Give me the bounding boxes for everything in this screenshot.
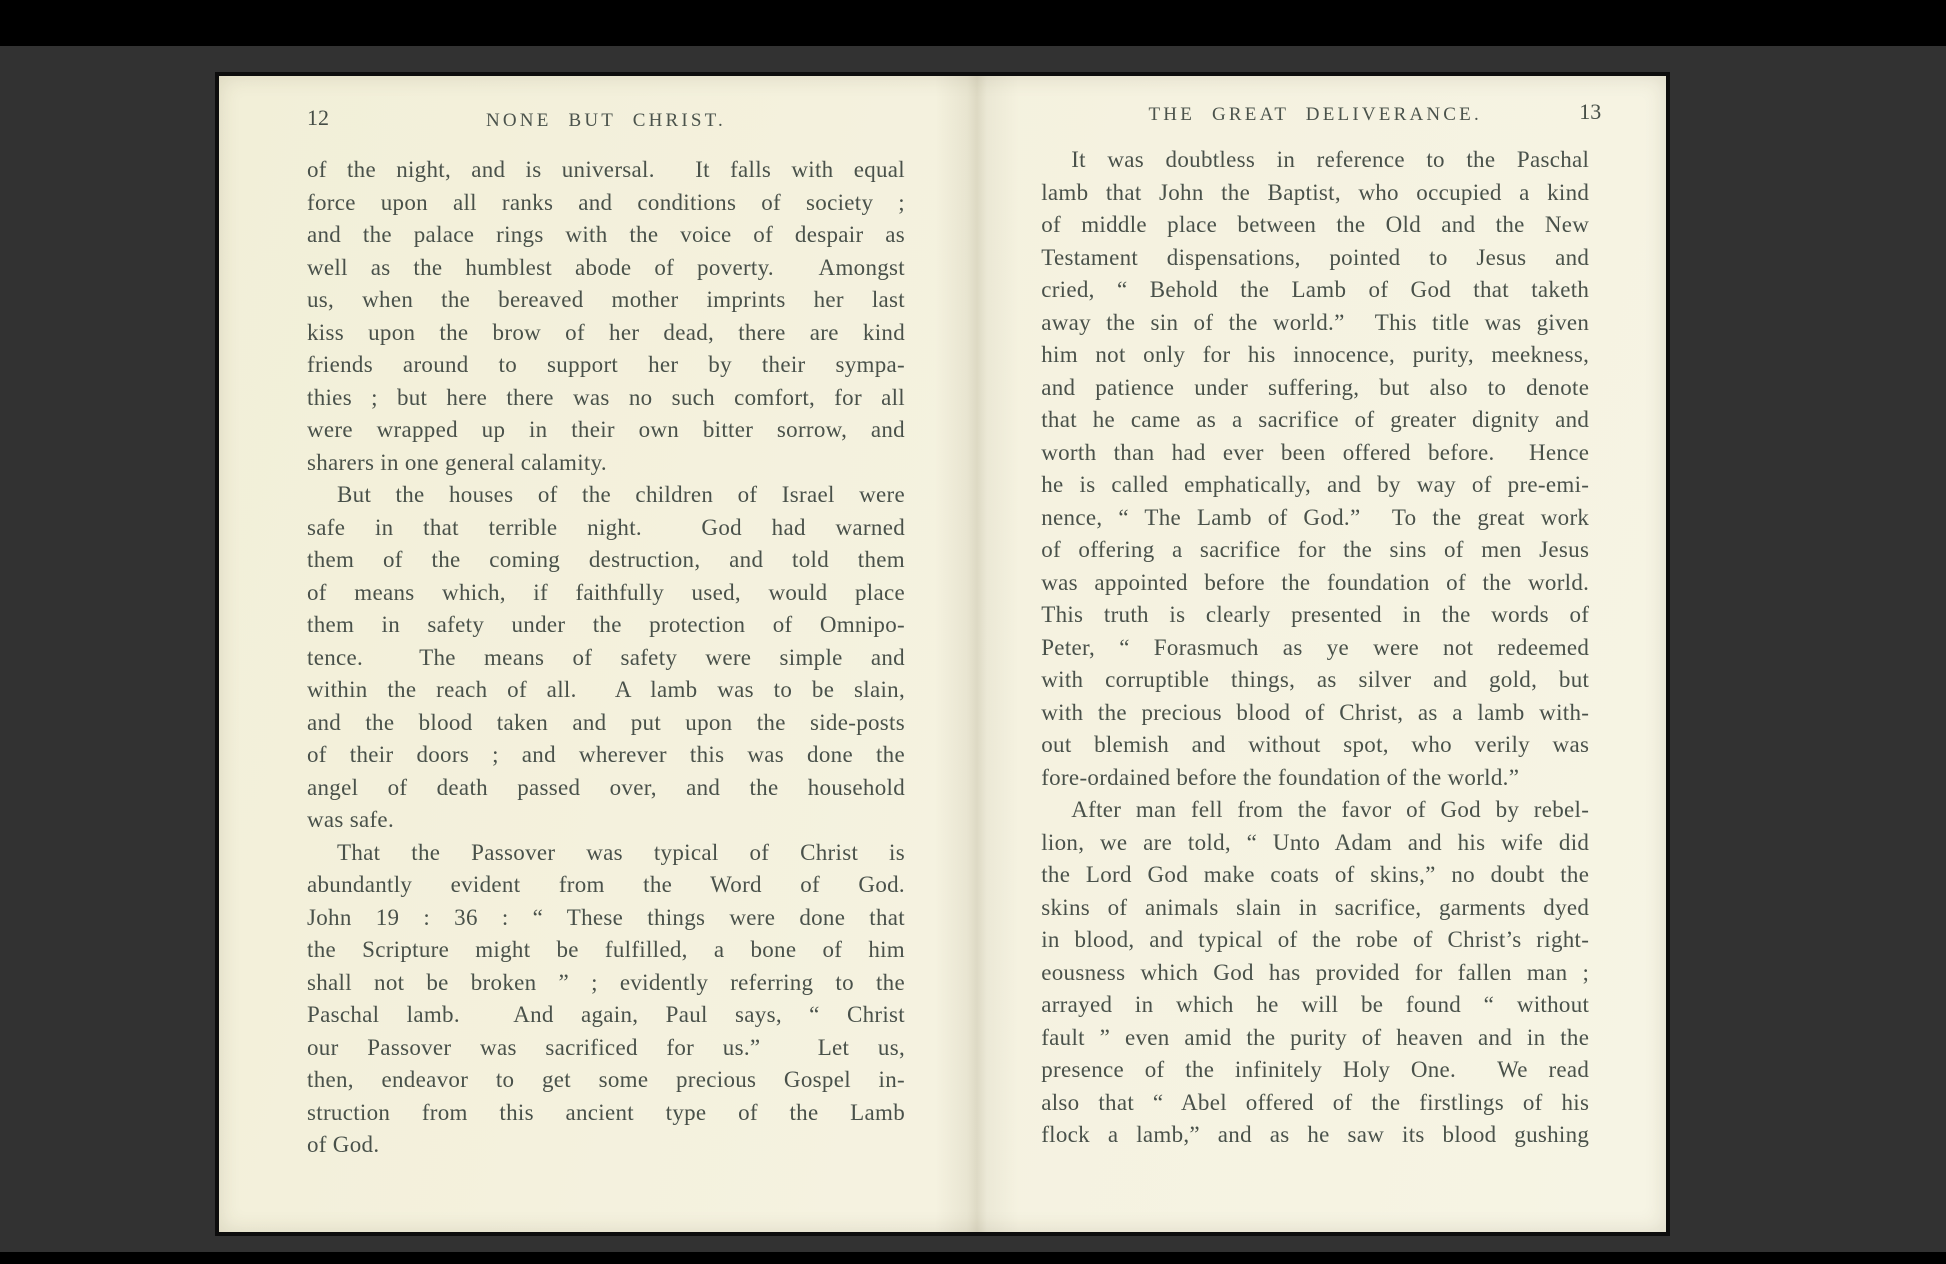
text-line: then, endeavor to get some precious Gosp… — [307, 1064, 905, 1097]
page-text-left: of the night, and is universal. It falls… — [307, 154, 905, 1162]
text-line: Paschal lamb. And again, Paul says, “ Ch… — [307, 999, 905, 1032]
text-line: them in safety under the protection of O… — [307, 609, 905, 642]
text-line: John 19 : 36 : “ These things were done … — [307, 902, 905, 935]
page-column-right: THE GREAT DELIVERANCE. 13 It was doubtle… — [1041, 102, 1589, 1152]
top-letterbox — [0, 0, 1946, 46]
book-spread: 12 NONE BUT CHRIST. of the night, and is… — [215, 72, 1670, 1236]
text-line: with corruptible things, as silver and g… — [1041, 664, 1589, 697]
text-line: sharers in one general calamity. — [307, 447, 905, 480]
text-line: was safe. — [307, 804, 905, 837]
text-line: of offering a sacrifice for the sins of … — [1041, 534, 1589, 567]
text-line: eousness which God has provided for fall… — [1041, 957, 1589, 990]
text-line: in blood, and typical of the robe of Chr… — [1041, 924, 1589, 957]
text-line: cried, “ Behold the Lamb of God that tak… — [1041, 274, 1589, 307]
text-line: presence of the infinitely Holy One. We … — [1041, 1054, 1589, 1087]
text-line: flock a lamb,” and as he saw its blood g… — [1041, 1119, 1589, 1152]
text-line: It was doubtless in reference to the Pas… — [1041, 144, 1589, 177]
text-line: abundantly evident from the Word of God. — [307, 869, 905, 902]
text-line: worth than had ever been offered before.… — [1041, 437, 1589, 470]
text-line: angel of death passed over, and the hous… — [307, 772, 905, 805]
page-column-left: 12 NONE BUT CHRIST. of the night, and is… — [307, 108, 905, 1162]
bottom-letterbox — [0, 1252, 1946, 1264]
text-line: skins of animals slain in sacrifice, gar… — [1041, 892, 1589, 925]
text-line: out blemish and without spot, who verily… — [1041, 729, 1589, 762]
book-page-left: 12 NONE BUT CHRIST. of the night, and is… — [219, 76, 977, 1232]
text-line: them of the coming destruction, and told… — [307, 544, 905, 577]
text-line: and the palace rings with the voice of d… — [307, 219, 905, 252]
running-head-left: NONE BUT CHRIST. — [307, 108, 905, 134]
text-line: nence, “ The Lamb of God.” To the great … — [1041, 502, 1589, 535]
running-header-right: THE GREAT DELIVERANCE. 13 — [1041, 102, 1589, 128]
text-line: were wrapped up in their own bitter sorr… — [307, 414, 905, 447]
text-line: of God. — [307, 1129, 905, 1162]
text-line: After man fell from the favor of God by … — [1041, 794, 1589, 827]
page-number-left: 12 — [307, 105, 329, 131]
page-number-right: 13 — [1579, 99, 1601, 125]
text-line: tence. The means of safety were simple a… — [307, 642, 905, 675]
book-page-right: THE GREAT DELIVERANCE. 13 It was doubtle… — [977, 76, 1666, 1232]
text-line: kiss upon the brow of her dead, there ar… — [307, 317, 905, 350]
text-line: of middle place between the Old and the … — [1041, 209, 1589, 242]
text-line: safe in that terrible night. God had war… — [307, 512, 905, 545]
text-line: within the reach of all. A lamb was to b… — [307, 674, 905, 707]
text-line: That the Passover was typical of Christ … — [307, 837, 905, 870]
text-line: thies ; but here there was no such comfo… — [307, 382, 905, 415]
text-line: of the night, and is universal. It falls… — [307, 154, 905, 187]
text-line: friends around to support her by their s… — [307, 349, 905, 382]
text-line: with the precious blood of Christ, as a … — [1041, 697, 1589, 730]
text-line: fault ” even amid the purity of heaven a… — [1041, 1022, 1589, 1055]
running-head-right: THE GREAT DELIVERANCE. — [1041, 102, 1589, 128]
text-line: him not only for his innocence, purity, … — [1041, 339, 1589, 372]
running-header-left: 12 NONE BUT CHRIST. — [307, 108, 905, 134]
text-line: that he came as a sacrifice of greater d… — [1041, 404, 1589, 437]
text-line: and the blood taken and put upon the sid… — [307, 707, 905, 740]
text-line: Testament dispensations, pointed to Jesu… — [1041, 242, 1589, 275]
text-line: lion, we are told, “ Unto Adam and his w… — [1041, 827, 1589, 860]
screen: 12 NONE BUT CHRIST. of the night, and is… — [0, 0, 1946, 1264]
text-line: shall not be broken ” ; evidently referr… — [307, 967, 905, 1000]
text-line: he is called emphatically, and by way of… — [1041, 469, 1589, 502]
text-line: our Passover was sacrificed for us.” Let… — [307, 1032, 905, 1065]
text-line: struction from this ancient type of the … — [307, 1097, 905, 1130]
text-line: fore-ordained before the foundation of t… — [1041, 762, 1589, 795]
text-line: the Lord God make coats of skins,” no do… — [1041, 859, 1589, 892]
page-text-right: It was doubtless in reference to the Pas… — [1041, 144, 1589, 1152]
text-line: also that “ Abel offered of the firstlin… — [1041, 1087, 1589, 1120]
text-line: force upon all ranks and conditions of s… — [307, 187, 905, 220]
text-line: Peter, “ Forasmuch as ye were not redeem… — [1041, 632, 1589, 665]
text-line: the Scripture might be fulfilled, a bone… — [307, 934, 905, 967]
text-line: But the houses of the children of Israel… — [307, 479, 905, 512]
text-line: was appointed before the foundation of t… — [1041, 567, 1589, 600]
text-line: of means which, if faithfully used, woul… — [307, 577, 905, 610]
text-line: well as the humblest abode of poverty. A… — [307, 252, 905, 285]
text-line: and patience under suffering, but also t… — [1041, 372, 1589, 405]
text-line: lamb that John the Baptist, who occupied… — [1041, 177, 1589, 210]
text-line: of their doors ; and wherever this was d… — [307, 739, 905, 772]
text-line: us, when the bereaved mother imprints he… — [307, 284, 905, 317]
text-line: arrayed in which he will be found “ with… — [1041, 989, 1589, 1022]
text-line: away the sin of the world.” This title w… — [1041, 307, 1589, 340]
text-line: This truth is clearly presented in the w… — [1041, 599, 1589, 632]
